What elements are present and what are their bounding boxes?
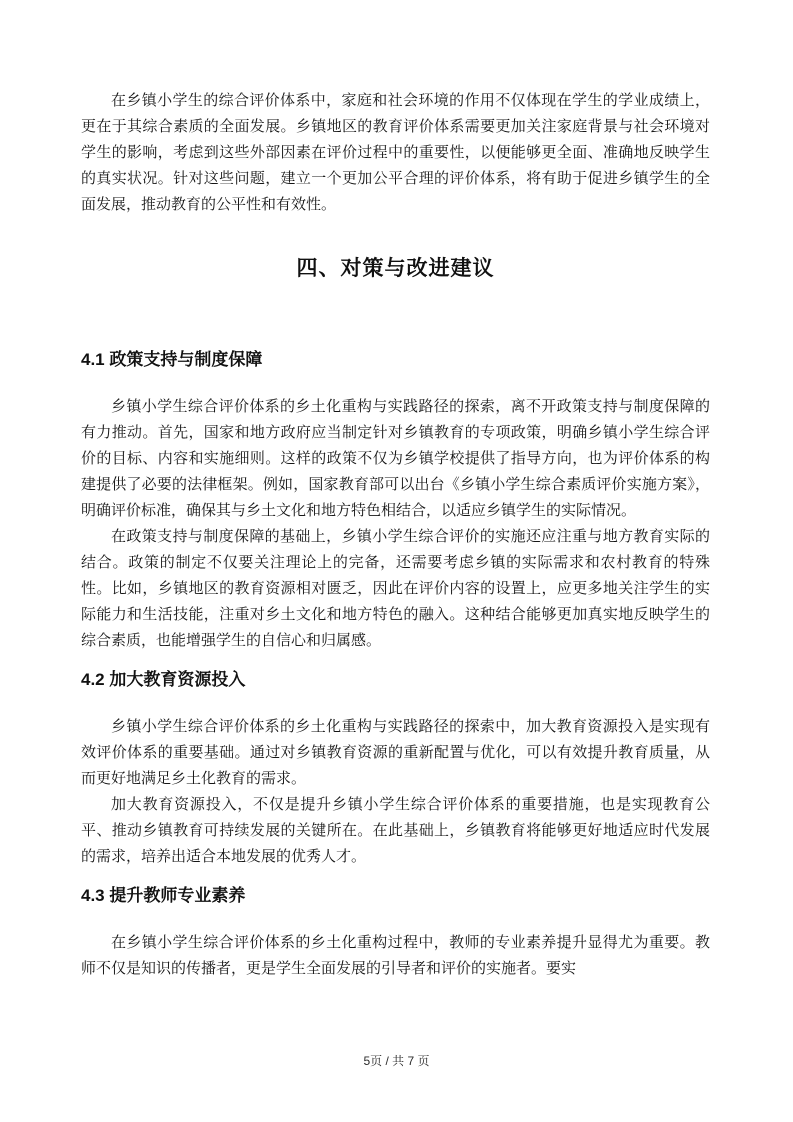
section-4-3-paragraph-1: 在乡镇小学生综合评价体系的乡土化重构过程中，教师的专业素养提升显得尤为重要。教师… xyxy=(81,930,710,982)
page-number-footer: 5页 / 共 7 页 xyxy=(0,1052,793,1070)
section-4-2-paragraph-1: 乡镇小学生综合评价体系的乡土化重构与实践路径的探索中，加大教育资源投入是实现有效… xyxy=(81,714,710,792)
section-4-1-paragraph-2: 在政策支持与制度保障的基础上，乡镇小学生综合评价的实施还应注重与地方教育实际的结… xyxy=(81,524,710,654)
section-4-3: 4.3 提升教师专业素养 在乡镇小学生综合评价体系的乡土化重构过程中，教师的专业… xyxy=(81,884,710,982)
section-4-2: 4.2 加大教育资源投入 乡镇小学生综合评价体系的乡土化重构与实践路径的探索中，… xyxy=(81,668,710,870)
section-4-2-paragraph-2: 加大教育资源投入，不仅是提升乡镇小学生综合评价体系的重要措施，也是实现教育公平、… xyxy=(81,792,710,870)
chapter-heading: 四、对策与改进建议 xyxy=(81,254,710,284)
document-page: 在乡镇小学生的综合评价体系中，家庭和社会环境的作用不仅体现在学生的学业成绩上，更… xyxy=(0,0,793,1122)
section-4-1: 4.1 政策支持与制度保障 乡镇小学生综合评价体系的乡土化重构与实践路径的探索，… xyxy=(81,348,710,654)
section-4-1-paragraph-1: 乡镇小学生综合评价体系的乡土化重构与实践路径的探索，离不开政策支持与制度保障的有… xyxy=(81,394,710,524)
section-heading-4-1: 4.1 政策支持与制度保障 xyxy=(81,348,710,372)
section-heading-4-3: 4.3 提升教师专业素养 xyxy=(81,884,710,908)
section-heading-4-2: 4.2 加大教育资源投入 xyxy=(81,668,710,692)
intro-paragraph: 在乡镇小学生的综合评价体系中，家庭和社会环境的作用不仅体现在学生的学业成绩上，更… xyxy=(81,88,710,218)
